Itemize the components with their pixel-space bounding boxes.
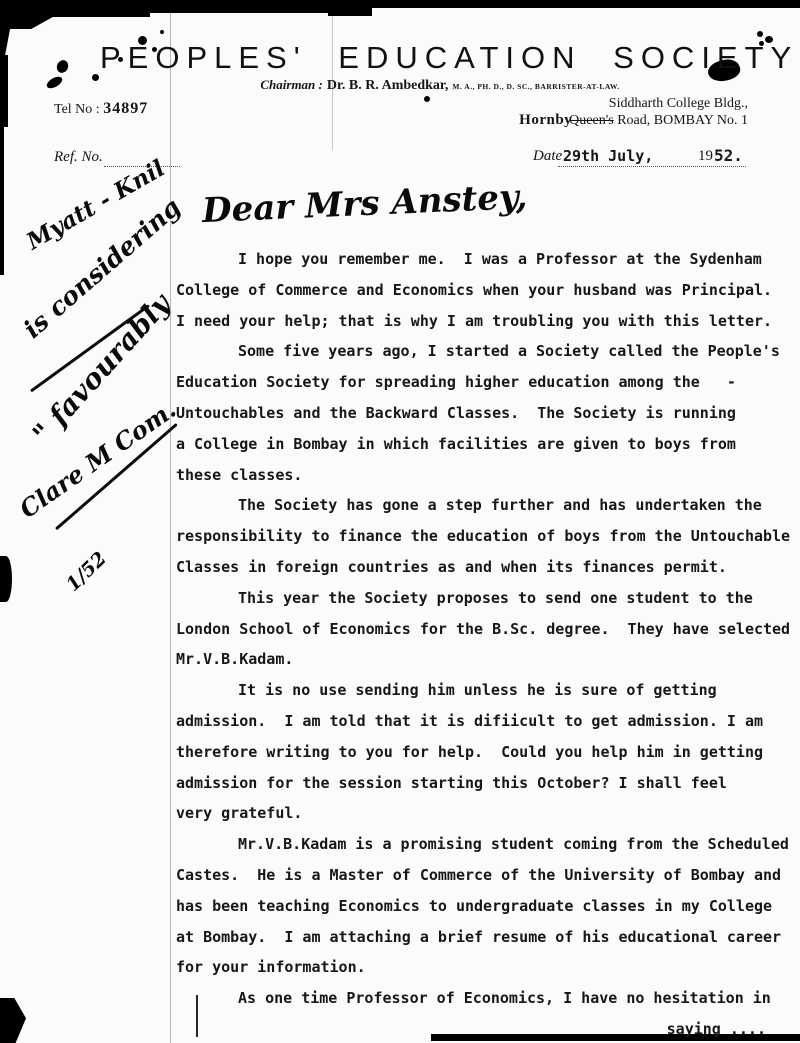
letter-line: Classes in foreign countries as and when…: [176, 552, 800, 583]
salutation: Dear Mrs Anstey,: [201, 177, 528, 231]
letter-line: It is no use sending him unless he is su…: [176, 675, 800, 706]
ink-speck: [757, 31, 763, 37]
letter-line: Castes. He is a Master of Commerce of th…: [176, 860, 800, 891]
letter-line: London School of Economics for the B.Sc.…: [176, 614, 800, 645]
letter-line: The Society has gone a step further and …: [176, 490, 800, 521]
letter-line: Mr.V.B.Kadam is a promising student comi…: [176, 829, 800, 860]
left-edge-artifact: [0, 55, 8, 127]
year-typed: 52.: [714, 146, 743, 165]
address-block: Siddharth College Bldg., HornbyQueen's R…: [519, 96, 748, 129]
society-title: PEOPLES' EDUCATION SOCIETY: [100, 40, 720, 76]
ink-speck: [160, 30, 164, 34]
letter-line: College of Commerce and Economics when y…: [176, 275, 800, 306]
left-edge-artifact: [0, 998, 26, 1043]
letter-line: Education Society for spreading higher e…: [176, 367, 800, 398]
letter-line: As one time Professor of Economics, I ha…: [176, 983, 800, 1014]
file-mark: 1/52: [62, 548, 111, 596]
ink-speck: [92, 74, 99, 81]
letter-line: admission. I am told that it is difiicul…: [176, 706, 800, 737]
tel-number: 34897: [103, 100, 148, 117]
ink-speck: [45, 74, 64, 90]
tel-line: Tel No : 34897: [54, 100, 148, 118]
top-edge-artifact: [328, 0, 372, 16]
ink-speck: [424, 96, 430, 102]
address-line2: HornbyQueen's Road, BOMBAY No. 1: [519, 112, 748, 129]
letter-line: responsibility to finance the education …: [176, 521, 800, 552]
letter-line: Untouchables and the Backward Classes. T…: [176, 398, 800, 429]
letter-body: I hope you remember me. I was a Professo…: [176, 244, 800, 1043]
letter-line: a College in Bombay in which facilities …: [176, 429, 800, 460]
letter-line: at Bombay. I am attaching a brief resume…: [176, 922, 800, 953]
date-typed: 29th July,: [563, 147, 653, 165]
address-stamp-hornby: Hornby: [519, 112, 572, 128]
left-edge-artifact: [0, 125, 4, 275]
chairman-label: Chairman :: [260, 77, 323, 92]
scanned-letter-page: PEOPLES' EDUCATION SOCIETY Chairman : Dr…: [0, 0, 800, 1043]
chairman-name: Dr. B. R. Ambedkar,: [327, 78, 449, 93]
year-printed: 19: [698, 148, 713, 165]
letter-line: I need your help; that is why I am troub…: [176, 306, 800, 337]
letter-line: very grateful.: [176, 798, 800, 829]
letter-line: I hope you remember me. I was a Professo…: [176, 244, 800, 275]
letter-line: has been teaching Economics to undergrad…: [176, 891, 800, 922]
letter-line: saying ....: [176, 1014, 800, 1043]
address-struck-queens: Queen's: [569, 113, 614, 128]
tel-label: Tel No :: [54, 102, 100, 117]
letter-line: Mr.V.B.Kadam.: [176, 644, 800, 675]
ref-no-label: Ref. No.: [54, 149, 103, 166]
left-edge-artifact: [0, 8, 14, 60]
ink-speck: [55, 58, 70, 74]
letter-line: admission for the session starting this …: [176, 768, 800, 799]
letter-line: Some five years ago, I started a Society…: [176, 336, 800, 367]
chairman-credentials: M. A., PH. D., D. SC., BARRISTER-AT-LAW.: [452, 82, 619, 91]
chairman-line: Chairman : Dr. B. R. Ambedkar, M. A., PH…: [180, 76, 700, 94]
address-line1: Siddharth College Bldg.,: [519, 96, 748, 112]
address-road: Road, BOMBAY No. 1: [614, 113, 748, 128]
letter-line: therefore writing to you for help. Could…: [176, 737, 800, 768]
letter-line: for your information.: [176, 952, 800, 983]
letter-line: these classes.: [176, 460, 800, 491]
letter-line: This year the Society proposes to send o…: [176, 583, 800, 614]
left-edge-artifact: [0, 556, 12, 602]
